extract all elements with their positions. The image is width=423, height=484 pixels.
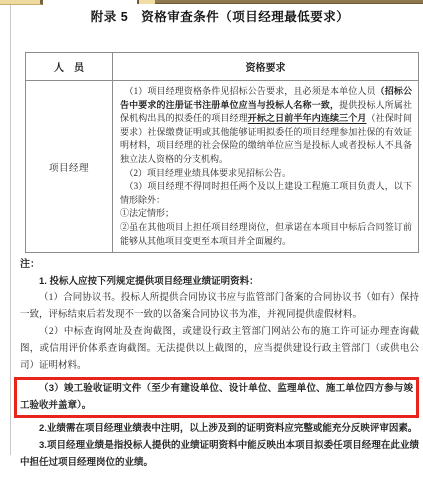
note-item1-heading: 1. 投标人应按下列规定提供项目经理业绩证明资料： (20, 273, 419, 290)
cell-requirements: （1）项目经理资格条件见招标公告要求，且必须是本单位人员（招标公告中要求的注册证… (113, 81, 419, 253)
requirement-exception-2: ②虽在其他项目上担任项目经理岗位，但承诺在本项目中标后合同签订前能够从其他项目变… (120, 221, 412, 248)
req-p1-text: （1）项目经理资格条件见招标公告要求，且必须是本单位人员 (125, 86, 376, 96)
notes-label: 注： (20, 256, 419, 273)
requirement-paragraph-3: （3）项目经理不得同时担任两个及以上建设工程施工项目负责人，以下情形除外： (120, 180, 412, 207)
note-item1-paragraph-3-highlighted: （3）竣工验收证明文件（至少有建设单位、设计单位、监理单位、施工单位四方参与竣工… (20, 380, 413, 414)
note-item2: 2.业绩需在项目经理业绩表中注明，以上涉及到的证明资料应完整或能充分反映评审因素… (20, 420, 419, 437)
requirement-paragraph-1: （1）项目经理资格条件见招标公告要求，且必须是本单位人员（招标公告中要求的注册证… (120, 85, 412, 167)
table-header-row: 人 员 资格要求 (26, 53, 419, 81)
notes-section: 注： 1. 投标人应按下列规定提供项目经理业绩证明资料： （1）合同协议书。投标… (20, 256, 420, 471)
document-page: 附录 5 资格审查条件（项目经理最低要求） 人 员 资格要求 项目经理 （1）项… (0, 0, 423, 471)
note-item3: 3.项目经理业绩是指投标人提供的业绩证明资料中能反映出本项目拟委任项目经理在此业… (20, 437, 419, 471)
header-cell-requirements: 资格要求 (113, 53, 419, 81)
req-p1-bold-underline: 开标之日前半年内连续三个月 (248, 113, 367, 123)
page-title: 附录 5 资格审查条件（项目经理最低要求） (20, 7, 420, 25)
qualification-table: 人 员 资格要求 项目经理 （1）项目经理资格条件见招标公告要求，且必须是本单位… (25, 52, 419, 253)
cell-person: 项目经理 (26, 81, 113, 253)
note-item1-paragraph-1: （1）合同协议书。投标人所提供合同协议书应与监管部门备案的合同协议书（如有）保持… (20, 290, 419, 324)
note-item1-paragraph-2: （2）中标查询网址及查询截图，或建设行政主管部门网站公布的施工许可证办理查询截图… (20, 324, 419, 375)
header-cell-person: 人 员 (26, 53, 113, 81)
requirement-exception-1: ①法定情形； (120, 207, 412, 221)
requirement-paragraph-2: （2）项目经理业绩具体要求见招标公告。 (120, 167, 412, 181)
highlight-box: （3）竣工验收证明文件（至少有建设单位、设计单位、监理单位、施工单位四方参与竣工… (14, 377, 419, 418)
table-row: 项目经理 （1）项目经理资格条件见招标公告要求，且必须是本单位人员（招标公告中要… (26, 81, 419, 253)
